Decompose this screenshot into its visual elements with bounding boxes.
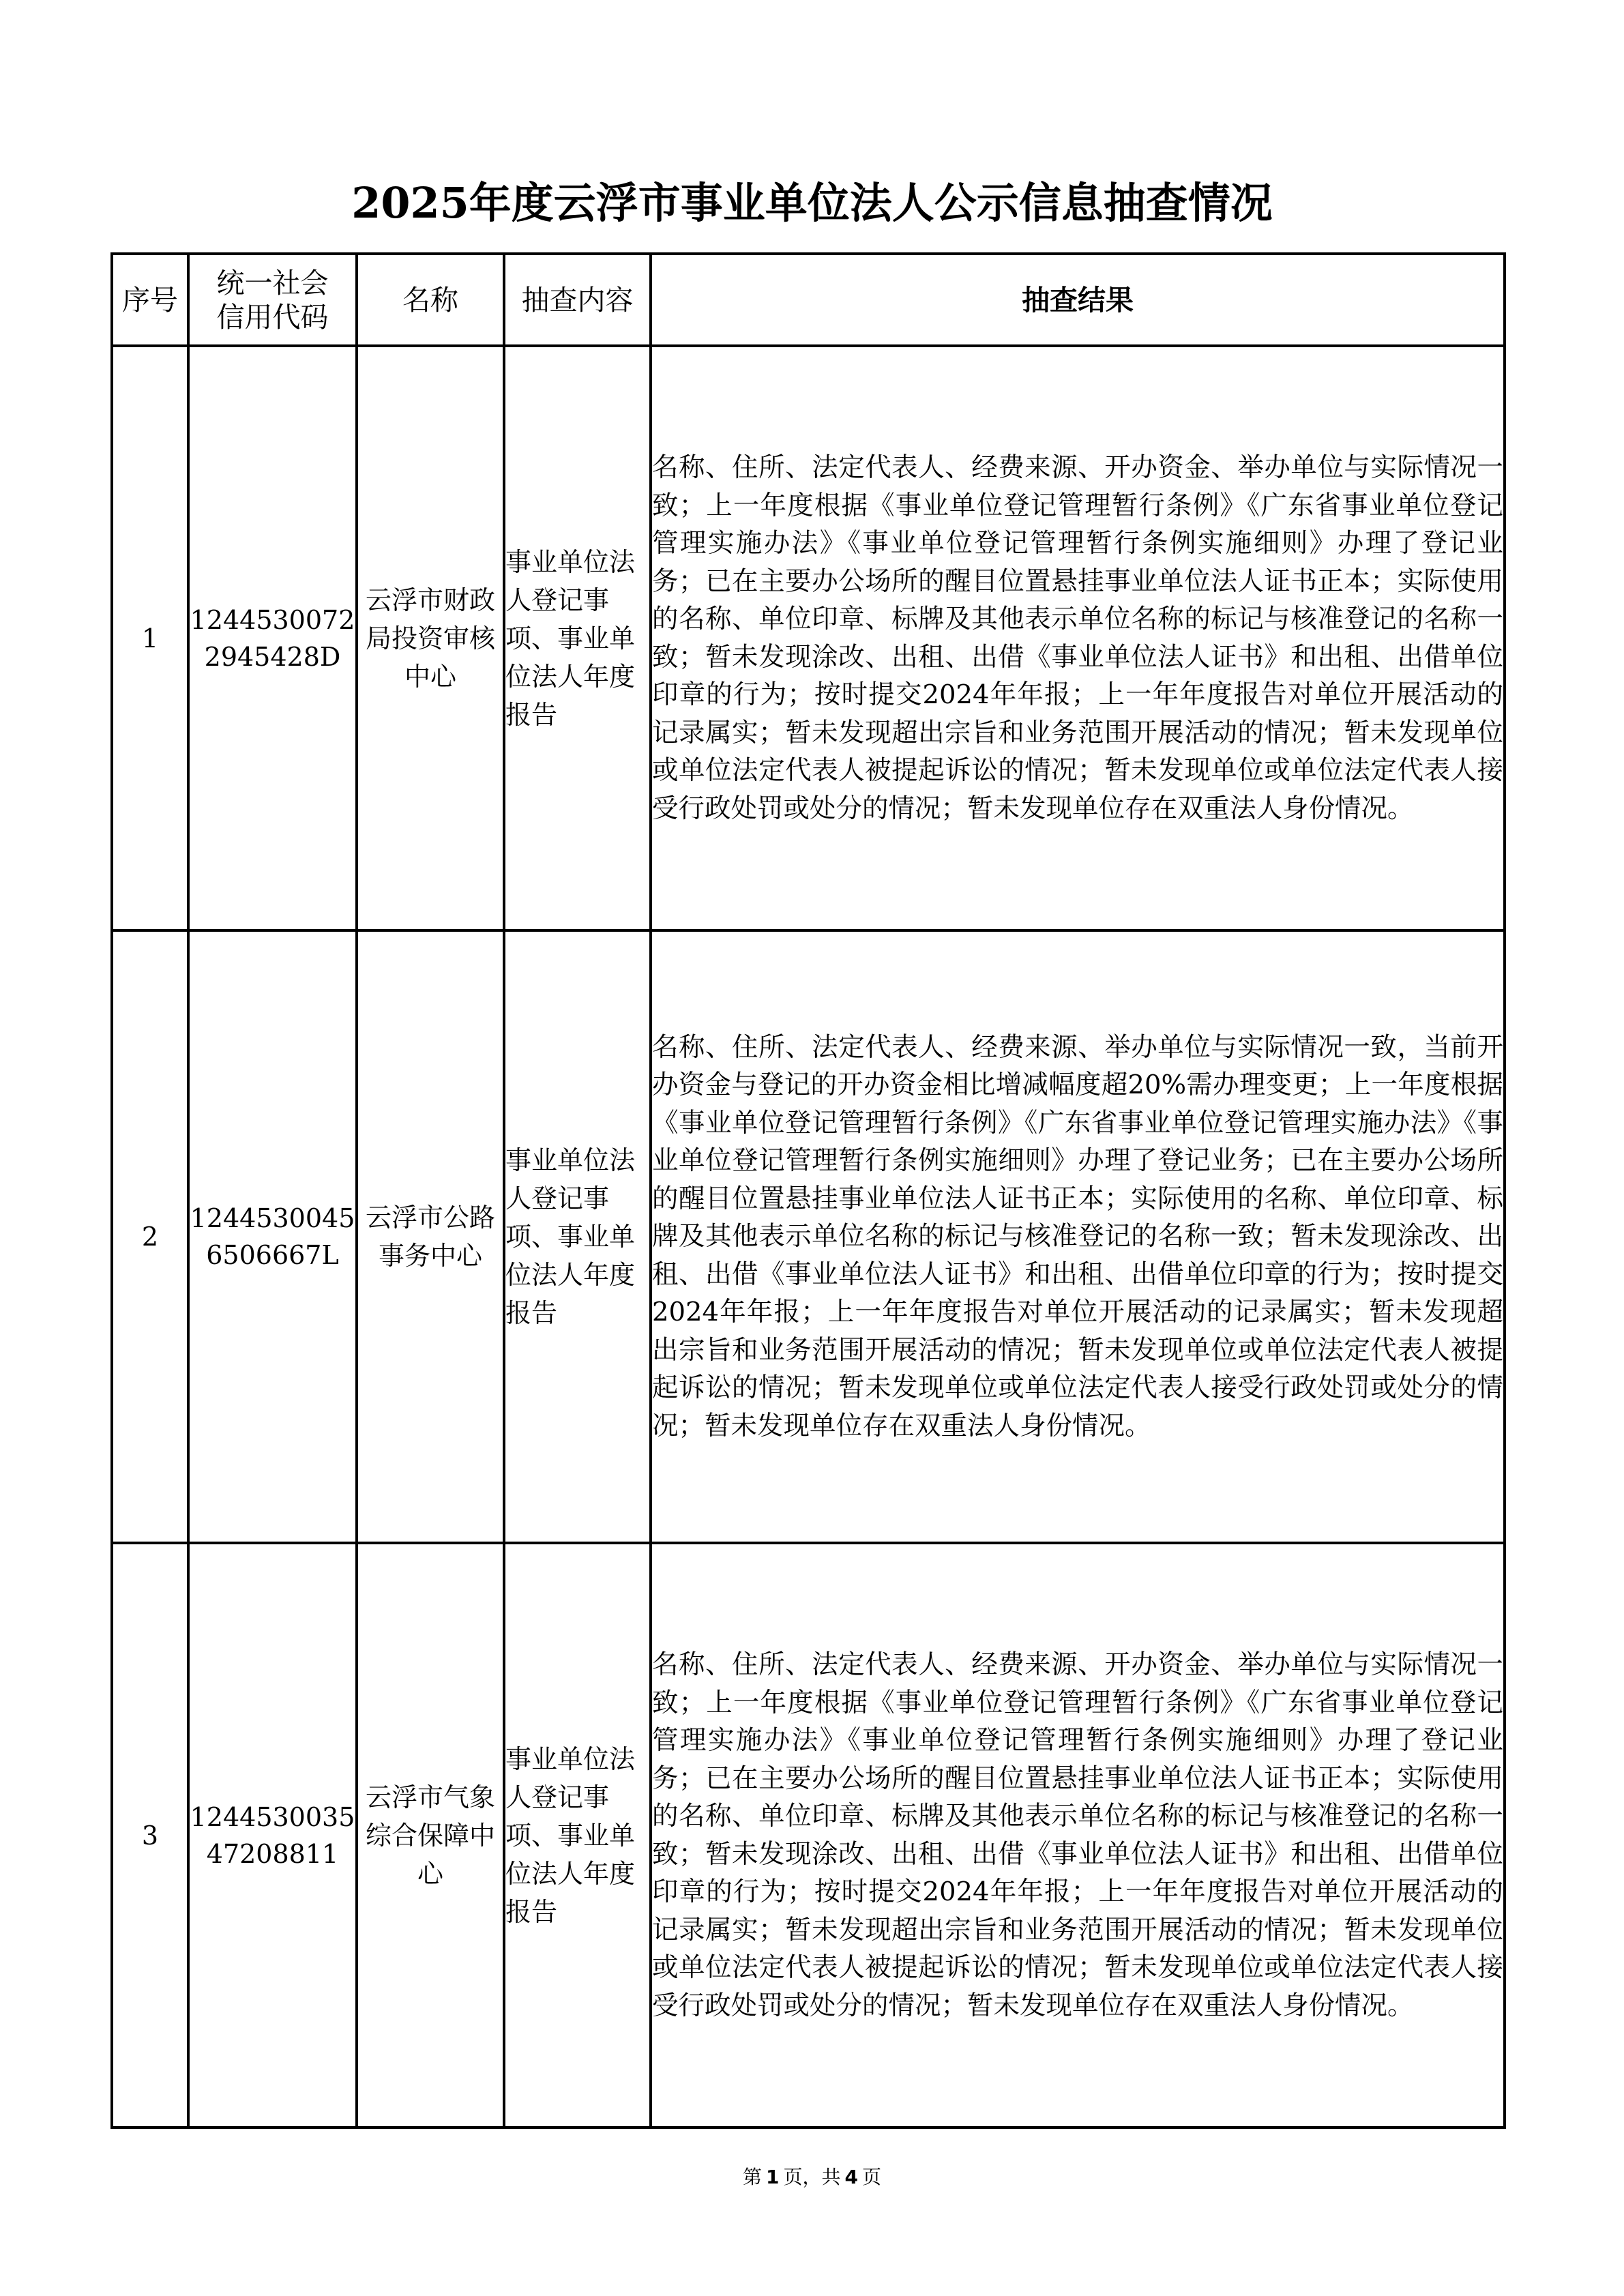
cell-credit-code: 12445300722945428D	[188, 346, 357, 930]
cell-check-result: 名称、住所、法定代表人、经费来源、开办资金、举办单位与实际情况一致；上一年度根据…	[651, 346, 1505, 930]
table-row: 1 12445300722945428D 云浮市财政局投资审核中心 事业单位法人…	[112, 346, 1505, 930]
cell-check-content: 事业单位法人登记事项、事业单位法人年度报告	[504, 346, 651, 930]
cell-name: 云浮市气象综合保障中心	[357, 1543, 504, 2128]
table-body: 1 12445300722945428D 云浮市财政局投资审核中心 事业单位法人…	[112, 346, 1505, 2128]
cell-check-result: 名称、住所、法定代表人、经费来源、开办资金、举办单位与实际情况一致；上一年度根据…	[651, 1543, 1505, 2128]
table-row: 3 124453003547208811 云浮市气象综合保障中心 事业单位法人登…	[112, 1543, 1505, 2128]
cell-name: 云浮市公路事务中心	[357, 930, 504, 1543]
column-header-check-content: 抽查内容	[504, 254, 651, 346]
table-header-row: 序号 统一社会信用代码 名称 抽查内容 抽查结果	[112, 254, 1505, 346]
cell-index: 2	[112, 930, 188, 1543]
cell-credit-code: 12445300456506667L	[188, 930, 357, 1543]
cell-index: 3	[112, 1543, 188, 2128]
page-indicator-middle: 页，共	[783, 2166, 840, 2188]
cell-index: 1	[112, 346, 188, 930]
cell-check-result: 名称、住所、法定代表人、经费来源、举办单位与实际情况一致，当前开办资金与登记的开…	[651, 930, 1505, 1543]
column-header-check-result: 抽查结果	[651, 254, 1505, 346]
page-indicator-prefix: 第	[743, 2166, 762, 2188]
page-footer: 第1页，共4页	[0, 2164, 1624, 2191]
current-page-number: 1	[762, 2166, 783, 2188]
table-header: 序号 统一社会信用代码 名称 抽查内容 抽查结果	[112, 254, 1505, 346]
column-header-name: 名称	[357, 254, 504, 346]
column-header-index: 序号	[112, 254, 188, 346]
inspection-results-table: 序号 统一社会信用代码 名称 抽查内容 抽查结果 1 1244530072294…	[110, 252, 1506, 2129]
table-row: 2 12445300456506667L 云浮市公路事务中心 事业单位法人登记事…	[112, 930, 1505, 1543]
total-pages-number: 4	[841, 2166, 862, 2188]
page-indicator-suffix: 页	[862, 2166, 881, 2188]
cell-check-content: 事业单位法人登记事项、事业单位法人年度报告	[504, 930, 651, 1543]
page-title: 2025年度云浮市事业单位法人公示信息抽查情况	[0, 169, 1624, 237]
cell-credit-code: 124453003547208811	[188, 1543, 357, 2128]
cell-name: 云浮市财政局投资审核中心	[357, 346, 504, 930]
column-header-credit-code: 统一社会信用代码	[188, 254, 357, 346]
cell-check-content: 事业单位法人登记事项、事业单位法人年度报告	[504, 1543, 651, 2128]
